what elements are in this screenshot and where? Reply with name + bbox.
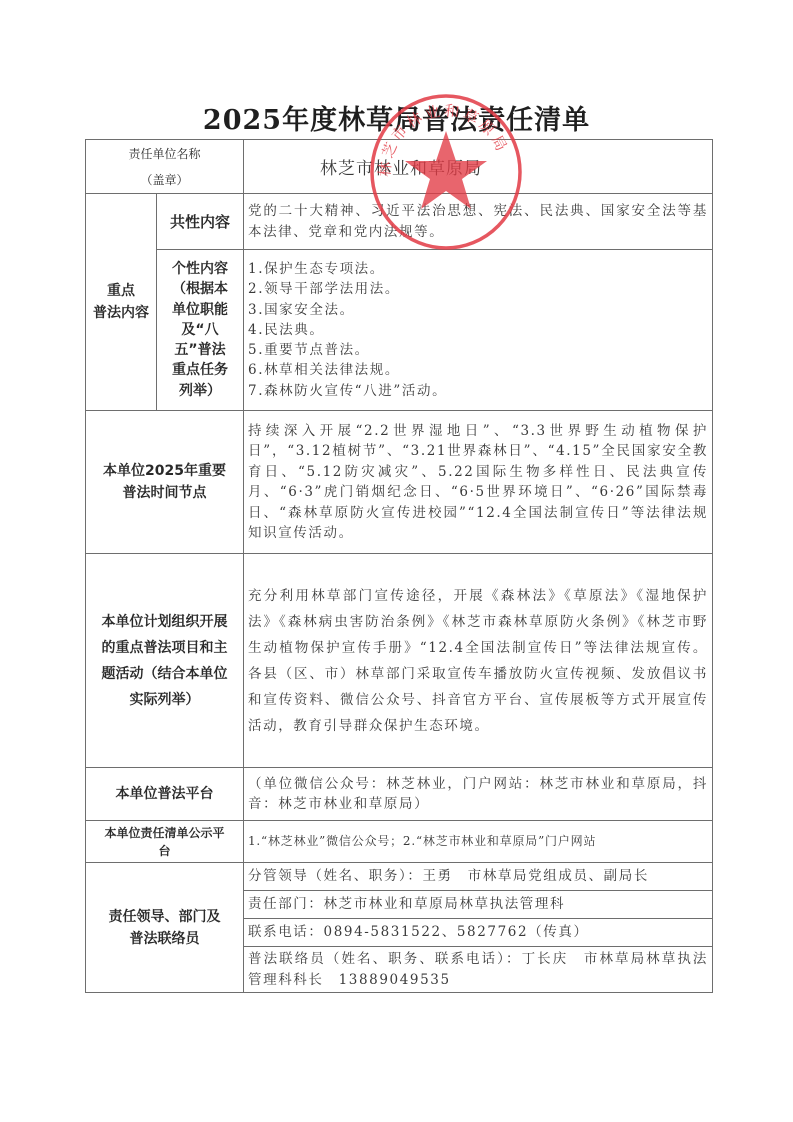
projects-value: 充分利用林草部门宣传途径，开展《森林法》《草原法》《湿地保护法》《森林病虫害防治… <box>248 583 708 739</box>
responsible-label: 责任领导、部门及 普法联络员 <box>85 862 244 993</box>
specific-label-line: 重点任务 <box>172 360 228 380</box>
key-content-label-line1: 重点 <box>107 280 135 302</box>
department-cell: 责任部门：林芝市林业和草原局林草执法管理科 <box>243 890 713 919</box>
time-nodes-label: 本单位2025年重要 普法时间节点 <box>85 410 244 554</box>
department-value: 责任部门：林芝市林业和草原局林草执法管理科 <box>248 894 565 915</box>
time-nodes-label-line1: 本单位2025年重要 <box>103 460 226 482</box>
responsible-label-line2: 普法联络员 <box>130 928 200 950</box>
responsibility-table: 责任单位名称 （盖章） 林芝市林业和草原局 重点 普法内容 共性内容 党的二十大… <box>85 139 713 993</box>
publicity-label-line1: 本单位责任清单公示平 <box>104 824 224 842</box>
list-item: 5.重要节点普法。 <box>248 340 447 360</box>
list-item: 7.森林防火宣传“八进”活动。 <box>248 381 447 401</box>
list-item: 3.国家安全法。 <box>248 300 447 320</box>
document-title: 2025年度林草局普法责任清单 <box>0 98 793 137</box>
common-content-value-cell: 党的二十大精神、习近平法治思想、宪法、民法典、国家安全法等基本法律、党章和党内法… <box>243 193 713 250</box>
list-item: 4.民法典。 <box>248 320 447 340</box>
phone-cell: 联系电话：0894-5831522、5827762（传真） <box>243 918 713 947</box>
key-content-label-line2: 普法内容 <box>93 302 149 324</box>
specific-label-line: 及“八 <box>181 320 218 340</box>
projects-label-line: 题活动（结合本单位 <box>102 661 228 687</box>
leader-value: 分管领导（姓名、职务）：王勇 市林草局党组成员、副局长 <box>248 866 649 887</box>
common-content-value: 党的二十大精神、习近平法治思想、宪法、民法典、国家安全法等基本法律、党章和党内法… <box>248 201 708 242</box>
platform-value-cell: （单位微信公众号：林芝林业，门户网站：林芝市林业和草原局，抖音：林芝市林业和草原… <box>243 767 713 821</box>
phone-value: 联系电话：0894-5831522、5827762（传真） <box>248 922 589 943</box>
projects-value-cell: 充分利用林草部门宣传途径，开展《森林法》《草原法》《湿地保护法》《森林病虫害防治… <box>243 553 713 768</box>
time-nodes-label-line2: 普法时间节点 <box>123 482 207 504</box>
specific-content-label: 个性内容 （根据本 单位职能 及“八 五”普法 重点任务 列举） <box>156 249 244 411</box>
projects-label-line: 本单位计划组织开展 <box>102 609 228 635</box>
platform-label: 本单位普法平台 <box>85 767 244 821</box>
specific-label-line: （根据本 <box>172 279 228 299</box>
projects-label: 本单位计划组织开展 的重点普法项目和主 题活动（结合本单位 实际列举） <box>85 553 244 768</box>
time-nodes-value: 持续深入开展“2.2世界湿地日”、“3.3世界野生动植物保护日”，“3.12植树… <box>248 421 708 544</box>
unit-name-value: 林芝市林业和草原局 <box>320 154 482 179</box>
specific-label-line: 五”普法 <box>174 340 225 360</box>
specific-label-line: 单位职能 <box>172 300 228 320</box>
unit-name-value-cell: 林芝市林业和草原局 <box>243 139 713 194</box>
time-nodes-value-cell: 持续深入开展“2.2世界湿地日”、“3.3世界野生动植物保护日”，“3.12植树… <box>243 410 713 554</box>
publicity-label-line2: 台 <box>158 842 170 860</box>
projects-label-line: 的重点普法项目和主 <box>102 635 228 661</box>
projects-label-line: 实际列举） <box>130 687 200 713</box>
platform-value: （单位微信公众号：林芝林业，门户网站：林芝市林业和草原局，抖音：林芝市林业和草原… <box>248 774 708 815</box>
liaison-value: 普法联络员（姓名、职务、联系电话）：丁长庆 市林草局林草执法管理科科长 1388… <box>248 949 708 990</box>
list-item: 2.领导干部学法用法。 <box>248 279 447 299</box>
publicity-label: 本单位责任清单公示平 台 <box>85 820 244 863</box>
seal-note: （盖章） <box>140 167 188 193</box>
publicity-value-cell: 1.“林芝林业”微信公众号；2.“林芝市林业和草原局”门户网站 <box>243 820 713 863</box>
responsible-label-line1: 责任领导、部门及 <box>109 906 221 928</box>
specific-content-value-cell: 1.保护生态专项法。 2.领导干部学法用法。 3.国家安全法。 4.民法典。 5… <box>243 249 713 411</box>
liaison-cell: 普法联络员（姓名、职务、联系电话）：丁长庆 市林草局林草执法管理科科长 1388… <box>243 946 713 993</box>
publicity-value: 1.“林芝林业”微信公众号；2.“林芝市林业和草原局”门户网站 <box>248 831 596 852</box>
specific-label-line: 个性内容 <box>172 259 228 279</box>
key-content-group-label: 重点 普法内容 <box>85 193 157 411</box>
common-content-label-text: 共性内容 <box>170 211 230 233</box>
unit-name-label: 责任单位名称 （盖章） <box>85 139 244 194</box>
common-content-label: 共性内容 <box>156 193 244 250</box>
unit-name-label-text: 责任单位名称 <box>128 141 200 167</box>
list-item: 1.保护生态专项法。 <box>248 259 447 279</box>
leader-cell: 分管领导（姓名、职务）：王勇 市林草局党组成员、副局长 <box>243 862 713 891</box>
platform-label-text: 本单位普法平台 <box>116 783 214 805</box>
specific-label-line: 列举） <box>179 381 221 401</box>
specific-content-list: 1.保护生态专项法。 2.领导干部学法用法。 3.国家安全法。 4.民法典。 5… <box>248 259 447 401</box>
list-item: 6.林草相关法律法规。 <box>248 360 447 380</box>
